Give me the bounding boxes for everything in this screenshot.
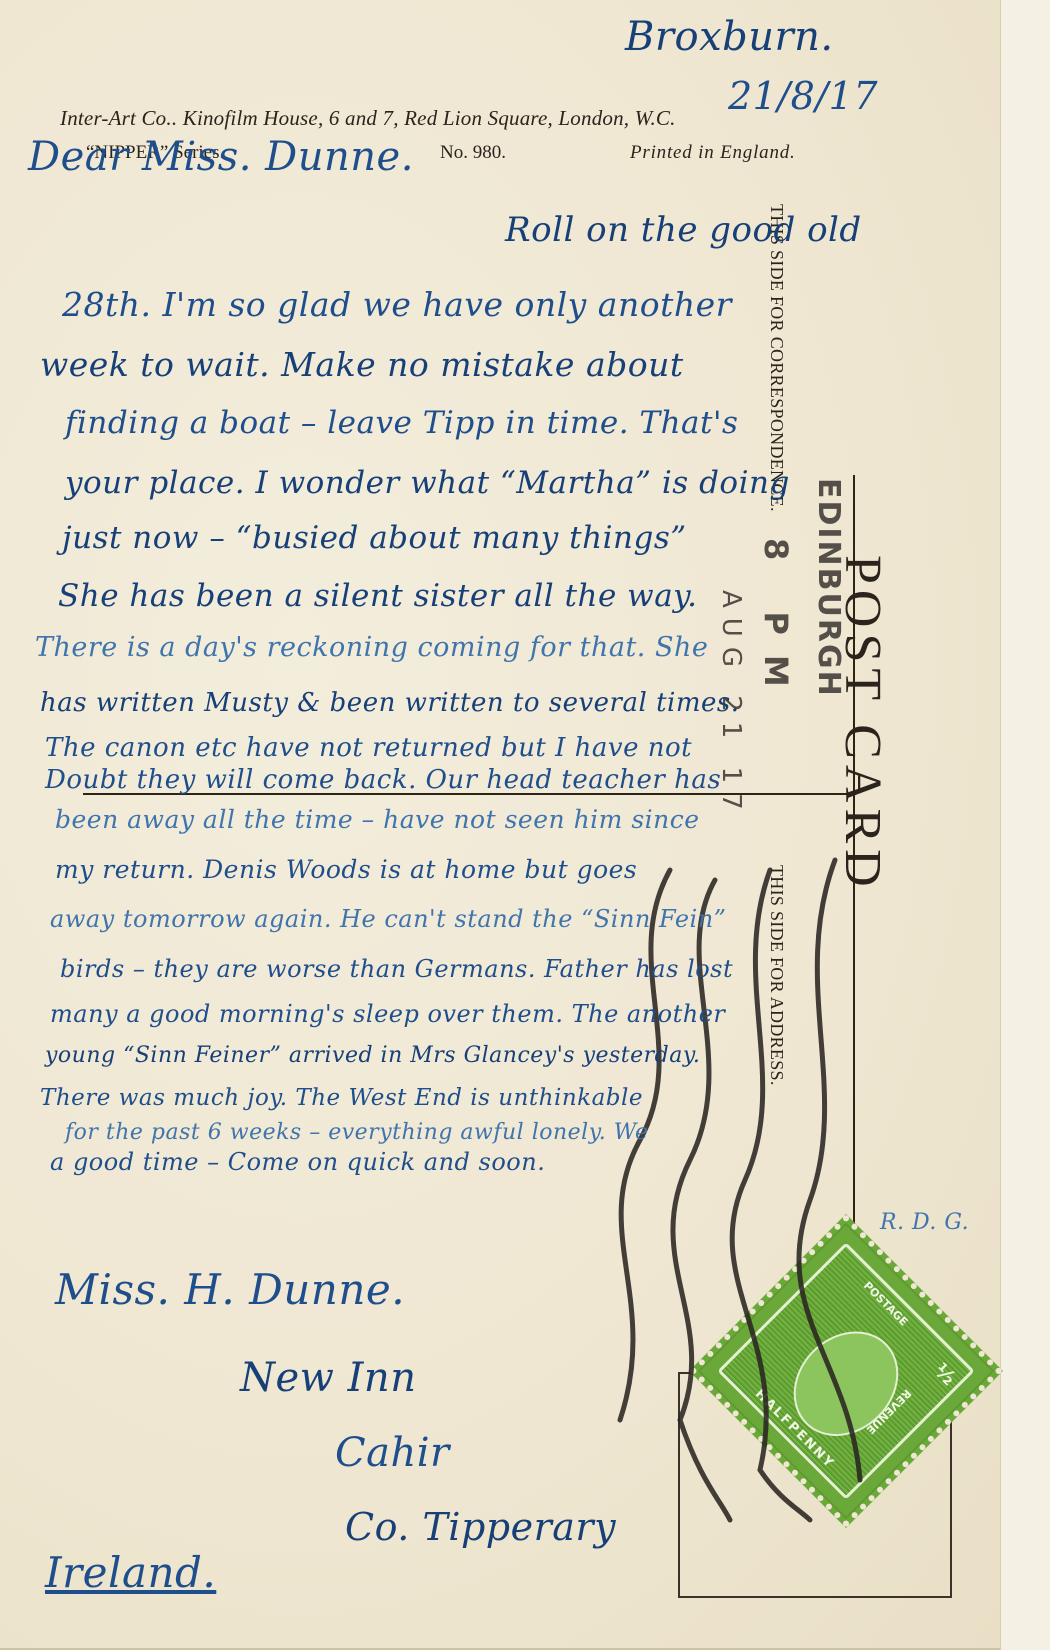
letter-line: for the past 6 weeks – everything awful … xyxy=(65,1120,649,1145)
letter-place: Broxburn. xyxy=(625,14,834,60)
letter-line: your place. I wonder what “Martha” is do… xyxy=(65,465,790,501)
letter-line: just now – “busied about many things” xyxy=(62,520,687,556)
address-line-1: New Inn xyxy=(240,1355,416,1401)
letter-line: young “Sinn Feiner” arrived in Mrs Glanc… xyxy=(45,1043,700,1068)
address-line-3: Co. Tipperary xyxy=(345,1505,616,1549)
letter-line: week to wait. Make no mistake about xyxy=(40,345,684,384)
letter-line: birds – they are worse than Germans. Fat… xyxy=(60,955,733,983)
letter-line: Roll on the good old xyxy=(505,210,862,250)
letter-line: many a good morning's sleep over them. T… xyxy=(50,1000,725,1028)
letter-line: been away all the time – have not seen h… xyxy=(55,805,700,834)
letter-line: has written Musty & been written to seve… xyxy=(40,688,739,718)
address-country: Ireland. xyxy=(45,1548,216,1597)
letter-date: 21/8/17 xyxy=(728,74,878,118)
letter-line: 28th. I'm so glad we have only another xyxy=(62,285,732,324)
letter-line: finding a boat – leave Tipp in time. Tha… xyxy=(65,405,738,441)
letter-line: There is a day's reckoning coming for th… xyxy=(35,632,708,663)
letter-line: a good time – Come on quick and soon. xyxy=(50,1148,545,1176)
letter-signature: R. D. G. xyxy=(880,1210,969,1235)
letter-line: There was much joy. The West End is unth… xyxy=(40,1085,643,1111)
postcard: Inter-Art Co.. Kinofilm House, 6 and 7, … xyxy=(0,0,1001,1650)
letter-line: She has been a silent sister all the way… xyxy=(58,578,697,614)
letter-line: The canon etc have not returned but I ha… xyxy=(45,733,692,763)
letter-salutation: Dear Miss. Dunne. xyxy=(28,134,414,180)
letter-line: my return. Denis Woods is at home but go… xyxy=(55,855,637,884)
address-line-2: Cahir xyxy=(335,1430,450,1476)
letter-line: away tomorrow again. He can't stand the … xyxy=(50,905,726,933)
letter-line: Doubt they will come back. Our head teac… xyxy=(45,765,721,795)
address-name: Miss. H. Dunne. xyxy=(55,1265,405,1314)
